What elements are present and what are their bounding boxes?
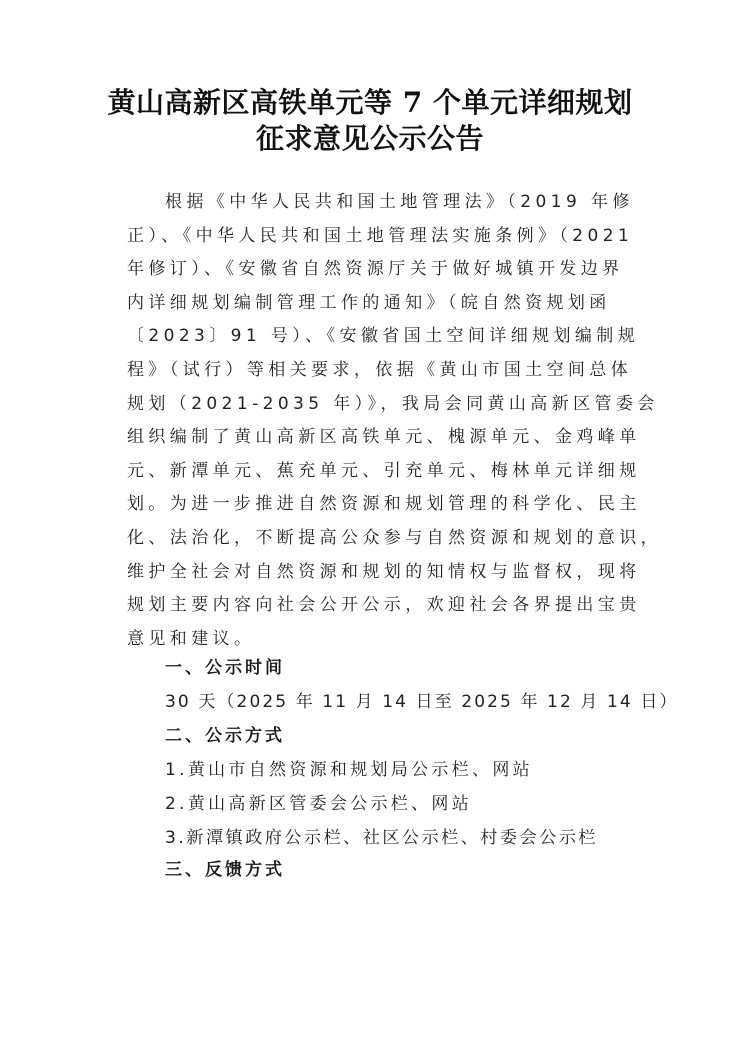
publicity-method-item: 1.黄山市自然资源和规划局公示栏、网站 bbox=[165, 758, 533, 782]
paragraph-line: 规划（2021-2035 年）》，我局会同黄山高新区管委会 bbox=[127, 388, 619, 422]
paragraph-line: 维护全社会对自然资源和规划的知情权与监督权，现将 bbox=[127, 556, 619, 590]
document-page: 黄山高新区高铁单元等 7 个单元详细规划 征求意见公示公告 根据《中华人民共和国… bbox=[0, 0, 740, 1047]
document-title-line-1: 黄山高新区高铁单元等 7 个单元详细规划 bbox=[0, 86, 740, 120]
paragraph-line: 正）、《中华人民共和国土地管理法实施条例》（2021 bbox=[127, 220, 619, 254]
paragraph-line: 年修订）、《安徽省自然资源厅关于做好城镇开发边界 bbox=[127, 253, 619, 287]
section-heading-publicity-time: 一、公示时间 bbox=[165, 656, 285, 680]
paragraph-line: 程》（试行）等相关要求，依据《黄山市国土空间总体 bbox=[127, 354, 619, 388]
section-heading-feedback-method: 三、反馈方式 bbox=[165, 858, 285, 882]
intro-paragraph: 根据《中华人民共和国土地管理法》（2019 年修 正）、《中华人民共和国土地管理… bbox=[127, 186, 619, 656]
publicity-method-item: 3.新潭镇政府公示栏、社区公示栏、村委会公示栏 bbox=[165, 826, 598, 850]
paragraph-line: 根据《中华人民共和国土地管理法》（2019 年修 bbox=[127, 186, 619, 220]
paragraph-line: 组织编制了黄山高新区高铁单元、槐源单元、金鸡峰单 bbox=[127, 421, 619, 455]
publicity-method-item: 2.黄山高新区管委会公示栏、网站 bbox=[165, 792, 472, 816]
publicity-period-text: 30 天（2025 年 11 月 14 日至 2025 年 12 月 14 日） bbox=[165, 690, 679, 714]
section-heading-publicity-method: 二、公示方式 bbox=[165, 724, 285, 748]
paragraph-line: 意见和建议。 bbox=[127, 623, 619, 657]
document-title-line-2: 征求意见公示公告 bbox=[0, 122, 740, 156]
paragraph-line: 内详细规划编制管理工作的通知》（皖自然资规划函 bbox=[127, 287, 619, 321]
paragraph-line: 规划主要内容向社会公开公示，欢迎社会各界提出宝贵 bbox=[127, 589, 619, 623]
paragraph-line: 〔2023〕91 号）、《安徽省国土空间详细规划编制规 bbox=[127, 320, 619, 354]
paragraph-line: 化、法治化，不断提高公众参与自然资源和规划的意识， bbox=[127, 522, 619, 556]
paragraph-line: 元、新潭单元、蕉充单元、引充单元、梅林单元详细规 bbox=[127, 455, 619, 489]
paragraph-line: 划。为进一步推进自然资源和规划管理的科学化、民主 bbox=[127, 488, 619, 522]
